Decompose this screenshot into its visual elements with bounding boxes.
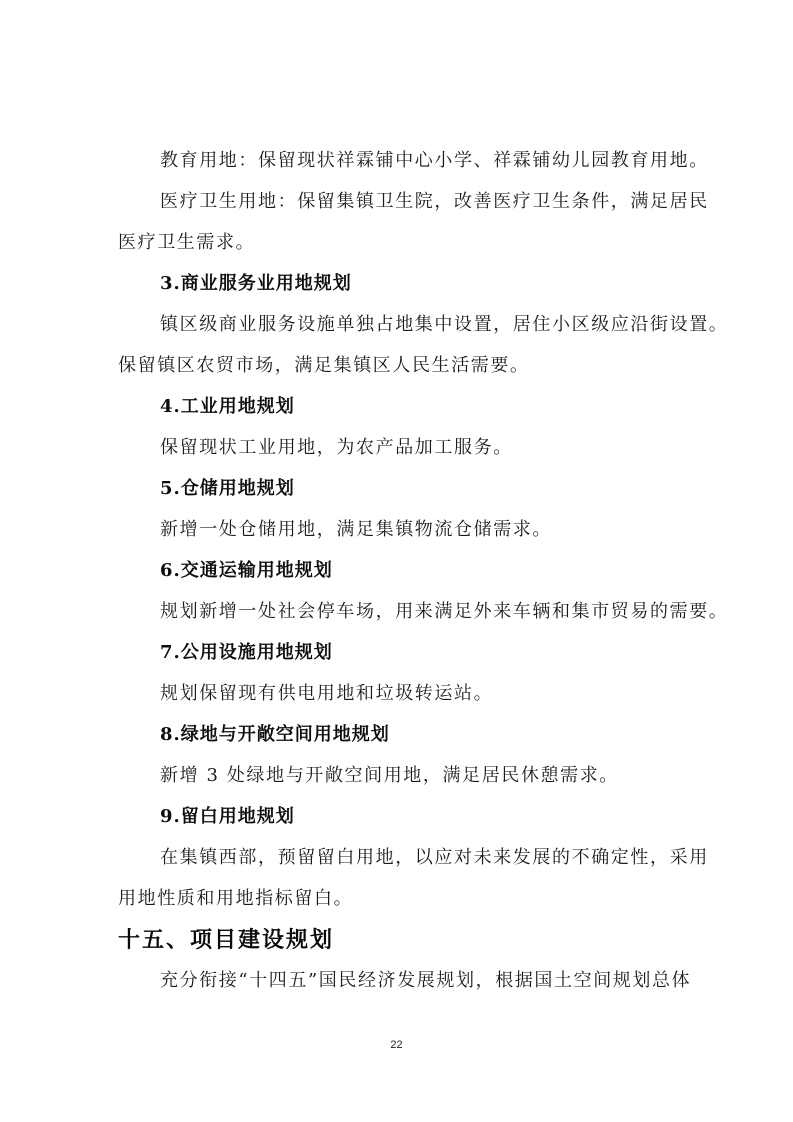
paragraph-reserved-land-line-1: 在集镇西部，预留留白用地，以应对未来发展的不确定性，采用: [160, 846, 720, 870]
page-number: 22: [0, 1039, 793, 1051]
paragraph-education: 教育用地：保留现状祥霖铺中心小学、祥霖铺幼儿园教育用地。: [160, 149, 720, 173]
section-heading-reserved-land: 9.留白用地规划: [160, 805, 295, 829]
paragraph-commercial-line-1: 镇区级商业服务设施单独占地集中设置，居住小区级应沿街设置。: [160, 313, 720, 337]
document-page: 教育用地：保留现状祥霖铺中心小学、祥霖铺幼儿园教育用地。 医疗卫生用地：保留集镇…: [0, 0, 793, 1122]
paragraph-storage: 新增一处仓储用地，满足集镇物流仓储需求。: [160, 518, 720, 542]
paragraph-project-line-1: 充分衔接“十四五”国民经济发展规划，根据国土空间规划总体: [160, 969, 720, 993]
paragraph-utilities: 规划保留现有供电用地和垃圾转运站。: [160, 682, 720, 706]
paragraph-green-space: 新增 3 处绿地与开敞空间用地，满足居民休憩需求。: [160, 764, 720, 788]
section-heading-industrial: 4.工业用地规划: [160, 395, 295, 419]
paragraph-reserved-land-line-2: 用地性质和用地指标留白。: [118, 887, 678, 911]
paragraph-transport: 规划新增一处社会停车场，用来满足外来车辆和集市贸易的需要。: [160, 600, 720, 624]
chapter-title: 十五、项目建设规划: [118, 926, 334, 954]
paragraph-medical-line-2: 医疗卫生需求。: [118, 231, 678, 255]
section-heading-storage: 5.仓储用地规划: [160, 477, 295, 501]
paragraph-industrial: 保留现状工业用地，为农产品加工服务。: [160, 436, 720, 460]
paragraph-medical-line-1: 医疗卫生用地：保留集镇卫生院，改善医疗卫生条件，满足居民: [160, 190, 720, 214]
section-heading-commercial: 3.商业服务业用地规划: [160, 272, 352, 296]
section-heading-utilities: 7.公用设施用地规划: [160, 641, 333, 665]
section-heading-green-space: 8.绿地与开敞空间用地规划: [160, 723, 390, 747]
paragraph-commercial-line-2: 保留镇区农贸市场，满足集镇区人民生活需要。: [118, 354, 678, 378]
section-heading-transport: 6.交通运输用地规划: [160, 559, 333, 583]
